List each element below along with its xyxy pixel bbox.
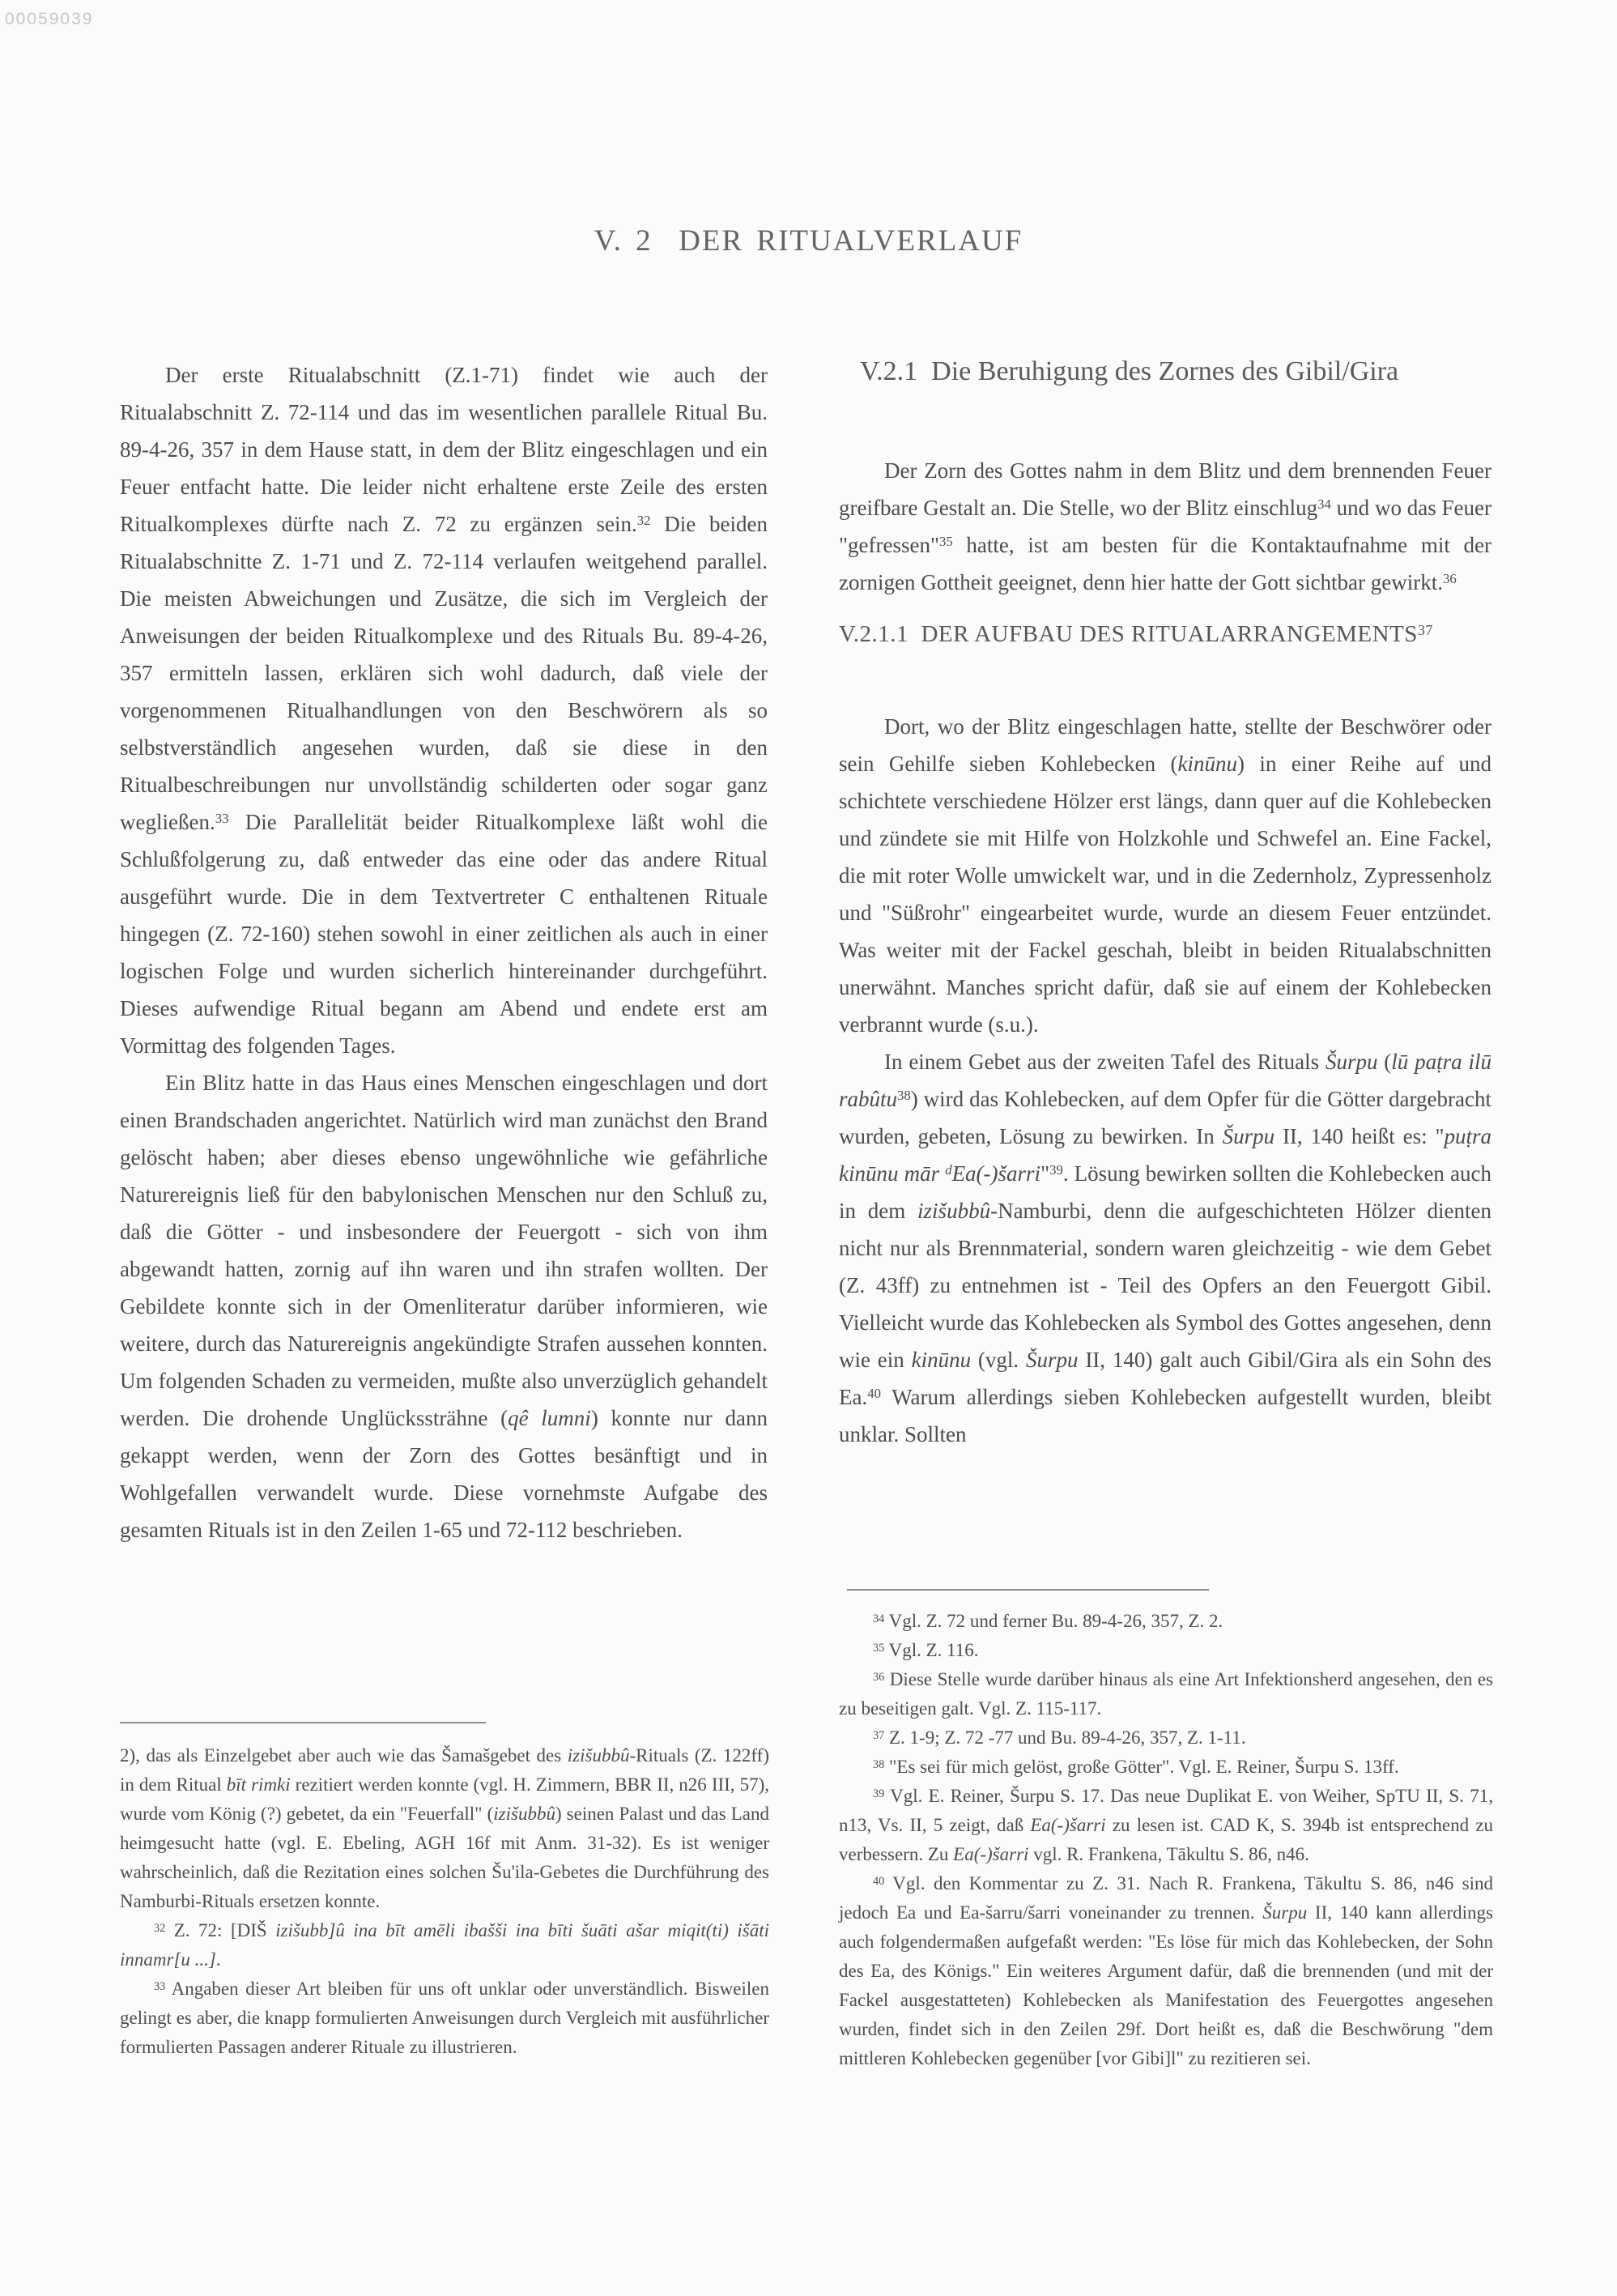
footnote: 33 Angaben dieser Art bleiben für uns of… [120,1974,769,2062]
footnote: 34 Vgl. Z. 72 und ferner Bu. 89-4-26, 35… [839,1607,1493,1636]
footnote: 32 Z. 72: [DIŠ izišubb]û ina bīt amēli i… [120,1916,769,1974]
footnote: 35 Vgl. Z. 116. [839,1636,1493,1665]
footnote: 38 "Es sei für mich gelöst, große Götter… [839,1753,1493,1782]
left-column: Der erste Ritualabschnitt (Z.1-71) finde… [120,356,768,1548]
scan-number-stamp: 00059039 [5,10,93,29]
scanned-document-page: 00059039 V. 2 DER RITUALVERLAUF Der erst… [0,0,1617,2296]
paragraph: Ein Blitz hatte in das Haus eines Mensch… [120,1064,768,1548]
subsection-heading: V.2.1.1 DER AUFBAU DES RITUALARRANGEMENT… [839,619,1491,650]
left-footnotes: 2), das als Einzelgebet aber auch wie da… [120,1741,769,2062]
footnote-separator [847,1589,1209,1591]
footnote: 36 Diese Stelle wurde darüber hinaus als… [839,1665,1493,1723]
paragraph: In einem Gebet aus der zweiten Tafel des… [839,1043,1491,1453]
footnote: 37 Z. 1-9; Z. 72 -77 und Bu. 89-4-26, 35… [839,1723,1493,1753]
footnote-separator [120,1722,486,1723]
paragraph: Der Zorn des Gottes nahm in dem Blitz un… [839,452,1491,601]
section-heading: V.2.1 Die Beruhigung des Zornes des Gibi… [839,355,1491,389]
right-column: V.2.1 Die Beruhigung des Zornes des Gibi… [839,355,1491,1453]
footnote: 40 Vgl. den Kommentar zu Z. 31. Nach R. … [839,1869,1493,2073]
paragraph: Der erste Ritualabschnitt (Z.1-71) finde… [120,356,768,1064]
page-title: V. 2 DER RITUALVERLAUF [0,224,1617,258]
footnote: 2), das als Einzelgebet aber auch wie da… [120,1741,769,1916]
right-footnotes: 34 Vgl. Z. 72 und ferner Bu. 89-4-26, 35… [839,1607,1493,2073]
footnote: 39 Vgl. E. Reiner, Šurpu S. 17. Das neue… [839,1782,1493,1869]
paragraph: Dort, wo der Blitz eingeschlagen hatte, … [839,708,1491,1043]
